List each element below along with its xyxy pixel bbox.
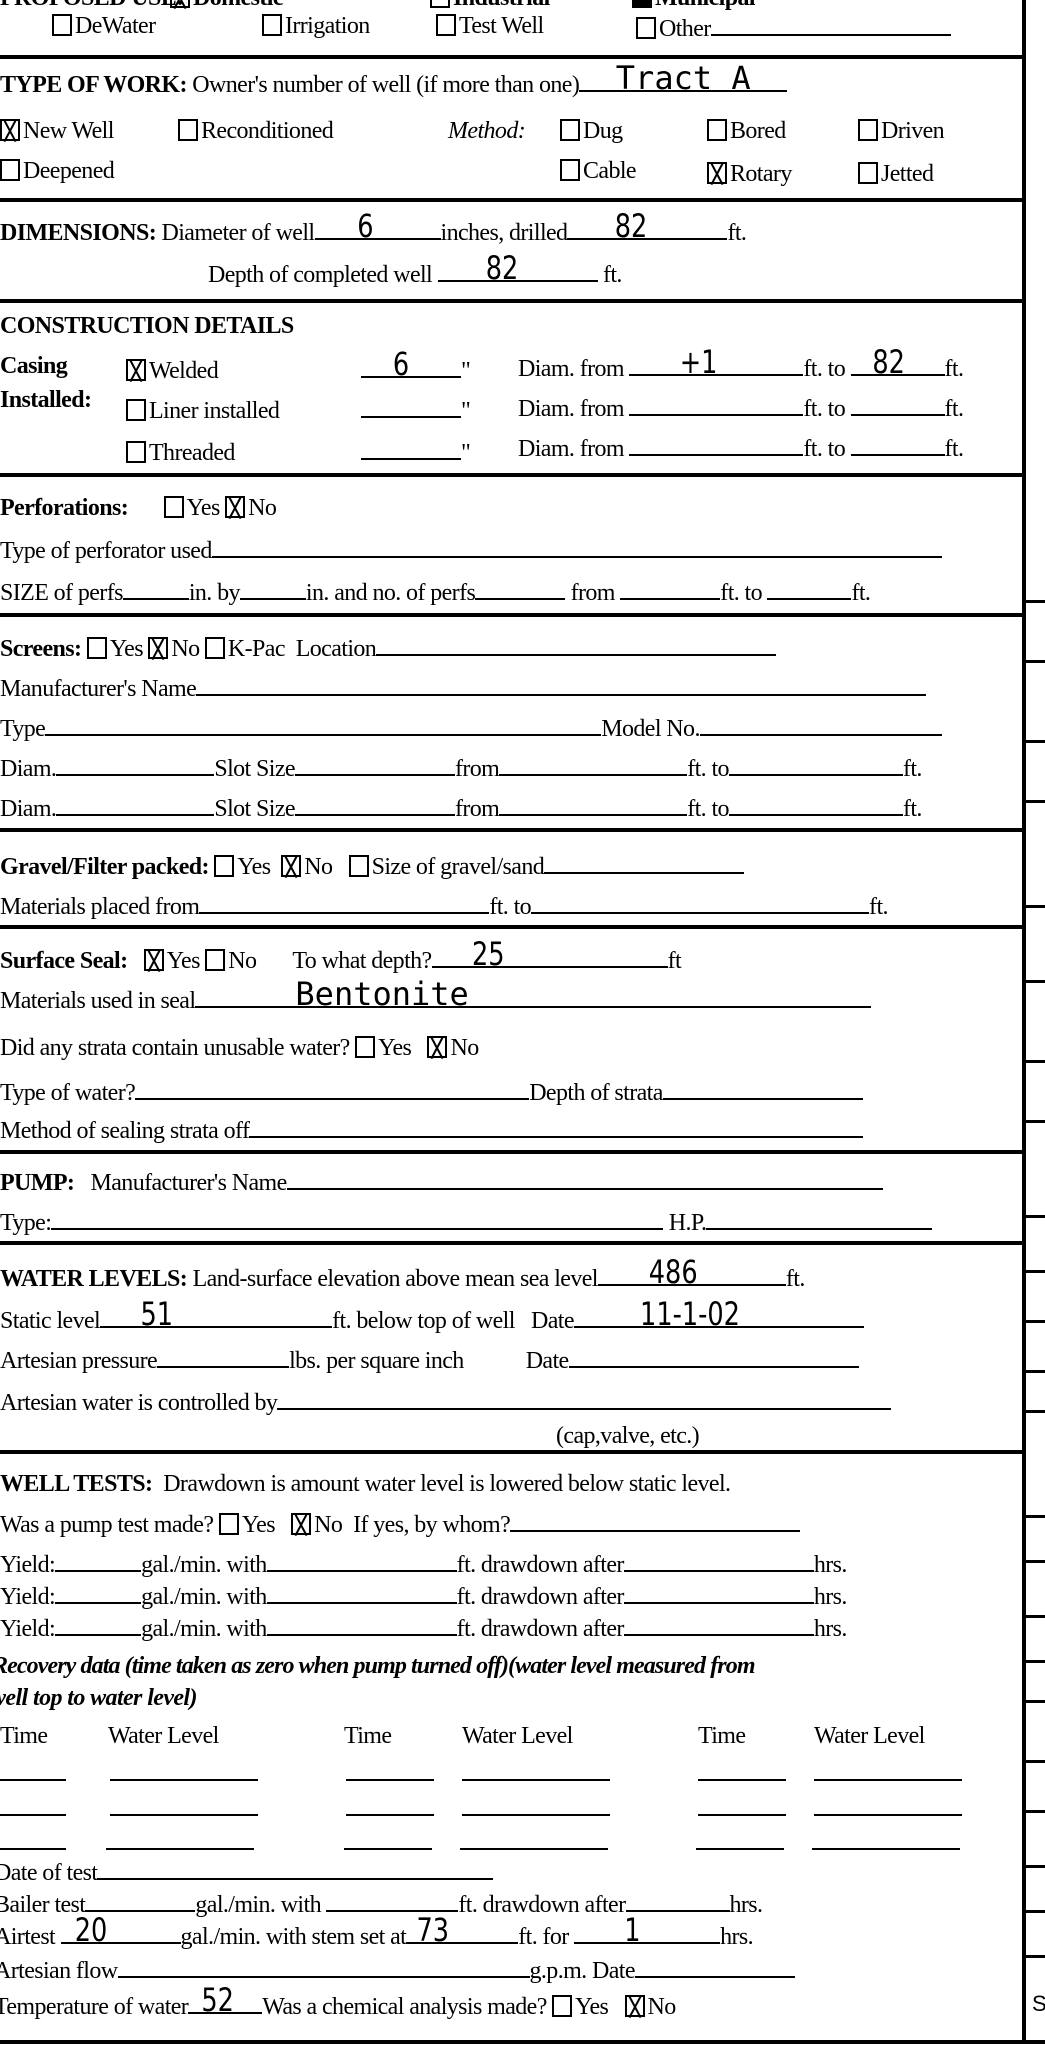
perf-size-by-field[interactable] bbox=[240, 576, 306, 600]
method-label: Method: bbox=[448, 117, 525, 145]
recovery-col-level-2: Water Level bbox=[462, 1722, 573, 1750]
screens-no-checkbox[interactable] bbox=[148, 637, 168, 659]
margin-tick bbox=[1026, 1320, 1045, 1323]
method-rotary[interactable]: Rotary bbox=[707, 160, 792, 188]
liner-installed-row: Liner installed" bbox=[126, 394, 470, 425]
gravel-row: Gravel/Filter packed: Yes No Size of gra… bbox=[0, 850, 744, 881]
checkbox-checked-icon[interactable] bbox=[170, 0, 190, 8]
screen-location-field[interactable] bbox=[376, 632, 776, 656]
screens-yes-checkbox[interactable] bbox=[87, 637, 107, 659]
recovery-col-level-1: Water Level bbox=[108, 1722, 219, 1750]
recovery-level-field[interactable] bbox=[106, 1848, 254, 1850]
perf-from-field[interactable] bbox=[620, 576, 720, 600]
margin-tick bbox=[1026, 1760, 1045, 1763]
artesian-flow-date-field[interactable] bbox=[635, 1954, 795, 1978]
water-type-row: Type of water?Depth of strata bbox=[0, 1076, 863, 1107]
perforator-type-field[interactable] bbox=[212, 534, 942, 558]
pump-test-no-checkbox[interactable] bbox=[291, 1513, 311, 1535]
section-divider bbox=[0, 1241, 1026, 1245]
checkbox-icon[interactable] bbox=[436, 14, 456, 36]
materials-from-field[interactable] bbox=[199, 890, 489, 914]
bailer-drawdown-field[interactable] bbox=[326, 1888, 458, 1912]
airtest-row: Airtest 20gal./min. with stem set at73ft… bbox=[0, 1920, 753, 1951]
cut-off-letter: S bbox=[1032, 1990, 1045, 2018]
margin-tick bbox=[1026, 600, 1045, 603]
checkbox-icon[interactable] bbox=[636, 17, 656, 39]
recovery-note-line-1: Recovery data (time taken as zero when p… bbox=[0, 1652, 755, 1680]
seal-yes-checkbox[interactable] bbox=[144, 949, 164, 971]
pump-type-field[interactable] bbox=[51, 1206, 663, 1230]
seal-depth-field[interactable]: 25 bbox=[432, 944, 668, 968]
chem-yes-checkbox[interactable] bbox=[552, 1995, 572, 2017]
screens-heading: Screens: bbox=[0, 636, 81, 662]
margin-tick bbox=[1026, 1515, 1045, 1518]
stem-depth-field[interactable]: 73 bbox=[406, 1920, 518, 1944]
well-tests-heading: WELL TESTS: bbox=[0, 1471, 152, 1497]
threaded-diam-field[interactable] bbox=[361, 436, 461, 460]
perf-count-field[interactable] bbox=[475, 576, 565, 600]
method-driven[interactable]: Driven bbox=[858, 117, 944, 145]
surface-seal-row: Surface Seal: Yes NoTo what depth?25ft bbox=[0, 944, 681, 975]
dimensions-heading: DIMENSIONS: bbox=[0, 220, 156, 246]
recovery-time-field[interactable] bbox=[0, 1848, 66, 1850]
checkbox-checked-icon[interactable] bbox=[707, 162, 727, 184]
materials-to-field[interactable] bbox=[531, 890, 869, 914]
hours-field[interactable] bbox=[624, 1548, 814, 1572]
perf-size-row: SIZE of perfsin. byin. and no. of perfs … bbox=[0, 576, 870, 607]
hours-field[interactable] bbox=[624, 1580, 814, 1604]
checkbox-icon[interactable] bbox=[126, 399, 146, 421]
margin-tick bbox=[1026, 1955, 1045, 1958]
proposed-use-heading: PROPOSED USE: bbox=[0, 0, 184, 12]
recovery-col-level-3: Water Level bbox=[814, 1722, 925, 1750]
recovery-col-time-3: Time bbox=[698, 1722, 745, 1750]
perforator-type-row: Type of perforator used bbox=[0, 534, 942, 565]
well-tests-row: WELL TESTS: Drawdown is amount water lev… bbox=[0, 1470, 730, 1498]
sealing-method-row: Method of sealing strata off bbox=[0, 1114, 863, 1145]
screen-to-field[interactable] bbox=[729, 752, 903, 776]
elevation-field[interactable]: 486 bbox=[598, 1262, 786, 1286]
date-of-test-row: Date of test bbox=[0, 1856, 493, 1887]
checkbox-icon[interactable] bbox=[560, 159, 580, 181]
screen-diam-field[interactable] bbox=[56, 752, 214, 776]
recovery-level-field[interactable] bbox=[460, 1848, 608, 1850]
recovery-time-field[interactable] bbox=[0, 1814, 66, 1816]
owner-number-field[interactable]: Tract A bbox=[579, 68, 787, 92]
checkbox-icon[interactable] bbox=[560, 119, 580, 141]
proposed-use-industrial[interactable]: Industrial bbox=[430, 0, 550, 12]
other-field[interactable] bbox=[711, 12, 951, 36]
perforations-yes-checkbox[interactable] bbox=[164, 496, 184, 518]
margin-tick bbox=[1026, 740, 1045, 743]
gravel-size-field[interactable] bbox=[544, 850, 744, 874]
screen-type-row: TypeModel No. bbox=[0, 712, 942, 743]
screens-kpac-checkbox[interactable] bbox=[205, 637, 225, 659]
installed-label: Installed: bbox=[0, 386, 91, 414]
recovery-time-field[interactable] bbox=[698, 1814, 786, 1816]
yield-field[interactable] bbox=[55, 1580, 141, 1604]
recovery-time-field[interactable] bbox=[698, 1779, 786, 1781]
completed-depth-field[interactable]: 82 bbox=[438, 258, 598, 282]
checkbox-icon[interactable] bbox=[858, 119, 878, 141]
unusable-water-row: Did any strata contain unusable water? Y… bbox=[0, 1034, 479, 1062]
threaded-row: Threaded" bbox=[126, 436, 470, 467]
margin-tick bbox=[1026, 1615, 1045, 1618]
seal-materials-field[interactable]: Bentonite bbox=[195, 984, 871, 1008]
perforations-heading: Perforations: bbox=[0, 495, 128, 521]
perforations-row: Perforations: Yes No bbox=[0, 494, 276, 522]
artesian-flow-row: Artesian flowg.p.m. Date bbox=[0, 1954, 795, 1985]
new-well-option[interactable]: New Well bbox=[0, 117, 114, 145]
screen-slot-field[interactable] bbox=[295, 792, 455, 816]
screen-manufacturer-field[interactable] bbox=[196, 672, 926, 696]
drilled-depth-field[interactable]: 82 bbox=[567, 216, 727, 240]
recovery-time-field[interactable] bbox=[346, 1779, 434, 1781]
proposed-use-other[interactable]: Other bbox=[636, 12, 951, 43]
margin-tick bbox=[1026, 1810, 1045, 1813]
method-cable[interactable]: Cable bbox=[560, 157, 636, 185]
strata-no-checkbox[interactable] bbox=[427, 1036, 447, 1058]
threaded-from-field[interactable] bbox=[629, 432, 803, 456]
deepened-option[interactable]: Deepened bbox=[0, 157, 114, 185]
sealing-method-field[interactable] bbox=[249, 1114, 863, 1138]
section-divider bbox=[0, 2040, 1045, 2044]
recovery-time-field[interactable] bbox=[0, 1779, 66, 1781]
margin-tick bbox=[1026, 1120, 1045, 1123]
screen-diam-row-1: Diam.Slot Sizefromft. toft. bbox=[0, 752, 922, 783]
gravel-heading: Gravel/Filter packed: bbox=[0, 854, 209, 880]
strata-yes-checkbox[interactable] bbox=[355, 1036, 375, 1058]
drawdown-field[interactable] bbox=[267, 1548, 457, 1572]
checkbox-icon[interactable] bbox=[262, 14, 282, 36]
margin-tick bbox=[1026, 1410, 1045, 1413]
screen-to-field[interactable] bbox=[729, 792, 903, 816]
screen-manufacturer-row: Manufacturer's Name bbox=[0, 672, 926, 703]
pump-test-by-field[interactable] bbox=[510, 1508, 800, 1532]
method-dug[interactable]: Dug bbox=[560, 117, 623, 145]
welded-from-field[interactable]: +1 bbox=[629, 352, 803, 376]
welded-to-field[interactable]: 82 bbox=[851, 352, 945, 376]
margin-tick bbox=[1026, 1370, 1045, 1373]
surface-seal-heading: Surface Seal: bbox=[0, 948, 128, 974]
screen-slot-field[interactable] bbox=[295, 752, 455, 776]
recovery-time-field[interactable] bbox=[696, 1848, 784, 1850]
method-jetted[interactable]: Jetted bbox=[858, 160, 933, 188]
proposed-use-domestic[interactable]: Domestic bbox=[170, 0, 283, 12]
hours-field[interactable] bbox=[624, 1612, 814, 1636]
right-border bbox=[1022, 0, 1026, 2042]
materials-placed-row: Materials placed fromft. toft. bbox=[0, 890, 888, 921]
margin-tick bbox=[1026, 905, 1045, 908]
bailer-hours-field[interactable] bbox=[626, 1888, 730, 1912]
gravel-no-checkbox[interactable] bbox=[281, 855, 301, 877]
recovery-level-field[interactable] bbox=[110, 1779, 258, 1781]
checkbox-icon[interactable] bbox=[707, 119, 727, 141]
margin-tick bbox=[1026, 980, 1045, 983]
pump-type-row: Type: H.P. bbox=[0, 1206, 932, 1237]
screens-row: Screens: Yes No K-Pac Location bbox=[0, 632, 776, 663]
screen-from-field[interactable] bbox=[499, 792, 687, 816]
artesian-pressure-field[interactable] bbox=[157, 1344, 289, 1368]
temperature-row: Temperature of water52Was a chemical ana… bbox=[0, 1990, 676, 2021]
water-type-field[interactable] bbox=[135, 1076, 529, 1100]
section-divider bbox=[0, 613, 1026, 617]
construction-heading: CONSTRUCTION DETAILS bbox=[0, 312, 294, 340]
proposed-use-dewater[interactable]: DeWater bbox=[52, 12, 155, 40]
diameter-field[interactable]: 6 bbox=[315, 216, 441, 240]
static-level-field[interactable]: 51 bbox=[100, 1304, 332, 1328]
yield-row-2: Yield:gal./min. withft. drawdown afterhr… bbox=[0, 1580, 847, 1611]
margin-tick bbox=[1026, 1560, 1045, 1563]
pump-heading: PUMP: bbox=[0, 1170, 74, 1196]
checkbox-icon[interactable] bbox=[52, 14, 72, 36]
pump-row: PUMP: Manufacturer's Name bbox=[0, 1166, 883, 1197]
completed-depth-row: Depth of completed well 82 ft. bbox=[208, 258, 622, 289]
margin-tick bbox=[1026, 1270, 1045, 1273]
proposed-use-test-well[interactable]: Test Well bbox=[436, 12, 544, 40]
dimensions-row: DIMENSIONS: Diameter of well6inches, dri… bbox=[0, 216, 746, 247]
screen-model-field[interactable] bbox=[700, 712, 942, 736]
drawdown-field[interactable] bbox=[267, 1612, 457, 1636]
reconditioned-option[interactable]: Reconditioned bbox=[178, 117, 333, 145]
recovery-col-time-1: Time bbox=[0, 1722, 47, 1750]
threaded-diam-range: Diam. from ft. to ft. bbox=[518, 432, 963, 463]
casing-diam-field[interactable]: 6 bbox=[361, 354, 461, 378]
elevation-row: WATER LEVELS: Land-surface elevation abo… bbox=[0, 1262, 805, 1293]
yield-field[interactable] bbox=[55, 1612, 141, 1636]
yield-row-3: Yield:gal./min. withft. drawdown afterhr… bbox=[0, 1612, 847, 1643]
checkbox-checked-icon[interactable] bbox=[0, 119, 20, 141]
chem-no-checkbox[interactable] bbox=[625, 1995, 645, 2017]
liner-to-field[interactable] bbox=[851, 392, 945, 416]
gravel-size-checkbox[interactable] bbox=[349, 855, 369, 877]
threaded-to-field[interactable] bbox=[851, 432, 945, 456]
checkbox-icon[interactable] bbox=[126, 441, 146, 463]
section-divider bbox=[0, 55, 1026, 59]
checkbox-icon[interactable] bbox=[632, 0, 652, 8]
liner-diam-range: Diam. from ft. to ft. bbox=[518, 392, 963, 423]
margin-tick bbox=[1026, 1865, 1045, 1868]
type-of-work-heading: TYPE OF WORK: bbox=[0, 72, 187, 98]
bailer-test-row: Bailer testgal./min. with ft. drawdown a… bbox=[0, 1888, 762, 1919]
recovery-level-field[interactable] bbox=[814, 1814, 962, 1816]
pump-manufacturer-field[interactable] bbox=[287, 1166, 883, 1190]
static-level-row: Static level51ft. below top of well Date… bbox=[0, 1304, 864, 1335]
section-divider bbox=[0, 1150, 1026, 1154]
artesian-flow-field[interactable] bbox=[118, 1954, 530, 1978]
perf-to-field[interactable] bbox=[767, 576, 851, 600]
section-divider bbox=[0, 473, 1026, 477]
date-of-test-field[interactable] bbox=[97, 1856, 493, 1880]
liner-from-field[interactable] bbox=[629, 392, 803, 416]
section-divider bbox=[0, 299, 1026, 303]
drawdown-field[interactable] bbox=[267, 1580, 457, 1604]
recovery-level-field[interactable] bbox=[814, 1779, 962, 1781]
recovery-col-time-2: Time bbox=[344, 1722, 391, 1750]
screen-from-field[interactable] bbox=[499, 752, 687, 776]
screen-diam-row-2: Diam.Slot Sizefromft. toft. bbox=[0, 792, 922, 823]
artesian-date-field[interactable] bbox=[569, 1344, 859, 1368]
seal-materials-row: Materials used in sealBentonite bbox=[0, 984, 871, 1015]
perf-size-in-field[interactable] bbox=[123, 576, 189, 600]
margin-tick bbox=[1026, 1215, 1045, 1218]
section-divider bbox=[0, 828, 1026, 832]
margin-tick bbox=[1026, 800, 1045, 803]
yield-row-1: Yield:gal./min. withft. drawdown afterhr… bbox=[0, 1548, 847, 1579]
margin-tick bbox=[1026, 1910, 1045, 1913]
recovery-level-field[interactable] bbox=[812, 1848, 960, 1850]
static-date-field[interactable]: 11-1-02 bbox=[574, 1304, 864, 1328]
perforations-no-checkbox[interactable] bbox=[225, 496, 245, 518]
water-levels-heading: WATER LEVELS: bbox=[0, 1266, 187, 1292]
yield-field[interactable] bbox=[55, 1548, 141, 1572]
proposed-use-municipal[interactable]: Municipal bbox=[632, 0, 755, 12]
gravel-yes-checkbox[interactable] bbox=[214, 855, 234, 877]
screen-diam-field[interactable] bbox=[56, 792, 214, 816]
checkbox-checked-icon[interactable] bbox=[126, 359, 146, 381]
strata-depth-field[interactable] bbox=[663, 1076, 863, 1100]
checkbox-icon[interactable] bbox=[430, 0, 450, 8]
recovery-note-line-2: well top to water level) bbox=[0, 1684, 197, 1712]
welded-diam-range: Diam. from +1ft. to 82ft. bbox=[518, 352, 963, 383]
pump-test-yes-checkbox[interactable] bbox=[219, 1513, 239, 1535]
checkbox-icon[interactable] bbox=[178, 119, 198, 141]
recovery-time-field[interactable] bbox=[346, 1814, 434, 1816]
seal-no-checkbox[interactable] bbox=[205, 949, 225, 971]
liner-diam-field[interactable] bbox=[361, 394, 461, 418]
pump-hp-field[interactable] bbox=[706, 1206, 932, 1230]
method-bored[interactable]: Bored bbox=[707, 117, 786, 145]
cap-valve-note: (cap,valve, etc.) bbox=[556, 1422, 699, 1450]
recovery-level-field[interactable] bbox=[462, 1814, 610, 1816]
airtest-gpm-field[interactable]: 20 bbox=[61, 1920, 181, 1944]
proposed-use-irrigation[interactable]: Irrigation bbox=[262, 12, 370, 40]
airtest-hours-field[interactable]: 1 bbox=[574, 1920, 720, 1944]
recovery-level-field[interactable] bbox=[462, 1779, 610, 1781]
margin-tick bbox=[1026, 660, 1045, 663]
casing-label: Casing bbox=[0, 352, 67, 380]
temperature-field[interactable]: 52 bbox=[188, 1990, 262, 2014]
checkbox-icon[interactable] bbox=[0, 159, 20, 181]
margin-tick bbox=[1026, 1060, 1045, 1063]
artesian-control-field[interactable] bbox=[277, 1386, 891, 1410]
screen-type-field[interactable] bbox=[45, 712, 601, 736]
section-divider bbox=[0, 1450, 1026, 1454]
casing-welded-row: Welded6" bbox=[126, 354, 470, 385]
margin-tick bbox=[1026, 1660, 1045, 1663]
type-of-work-row: TYPE OF WORK: Owner's number of well (if… bbox=[0, 68, 787, 99]
checkbox-icon[interactable] bbox=[858, 162, 878, 184]
recovery-time-field[interactable] bbox=[344, 1848, 432, 1850]
recovery-level-field[interactable] bbox=[110, 1814, 258, 1816]
section-divider bbox=[0, 198, 1026, 202]
pump-test-row: Was a pump test made? Yes No If yes, by … bbox=[0, 1508, 800, 1539]
artesian-control-row: Artesian water is controlled by bbox=[0, 1386, 891, 1417]
section-divider bbox=[0, 925, 1026, 929]
margin-tick bbox=[1026, 1700, 1045, 1703]
artesian-pressure-row: Artesian pressurelbs. per square inchDat… bbox=[0, 1344, 859, 1375]
bailer-gpm-field[interactable] bbox=[85, 1888, 195, 1912]
